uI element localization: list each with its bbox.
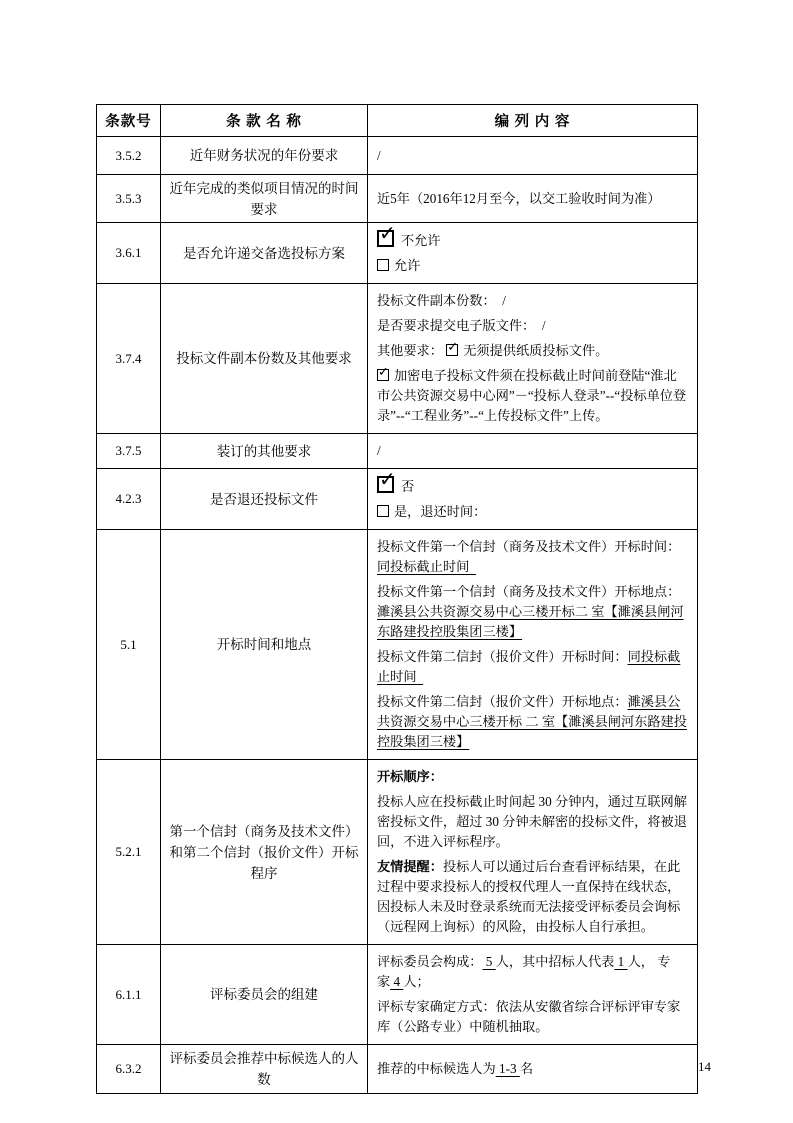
content-paragraph: 允许	[377, 256, 688, 276]
content-paragraph: 不允许	[377, 230, 688, 251]
table-row: 3.7.4投标文件副本份数及其他要求投标文件副本份数： /是否要求提交电子版文件…	[97, 284, 698, 434]
clause-number-cell: 3.7.5	[97, 434, 161, 469]
content-paragraph: 加密电子投标文件须在投标截止时间前登陆“淮北市公共资源交易中心网”－“投标人登录…	[377, 366, 688, 426]
content-text: 允许	[394, 258, 420, 273]
table-row: 5.2.1第一个信封（商务及技术文件）和第二个信封（报价文件）开标程序开标顺序：…	[97, 760, 698, 945]
content-paragraph: /	[377, 146, 688, 166]
content-paragraph: 投标文件第二信封（报价文件）开标时间：同投标截止时间	[377, 647, 688, 687]
underlined-value: 1	[614, 954, 627, 969]
content-text: 推荐的中标候选人为	[377, 1061, 496, 1076]
document-page: 条款号 条 款 名 称 编 列 内 容 3.5.2近年财务状况的年份要求/3.5…	[0, 0, 793, 1123]
clause-name-cell: 投标文件副本份数及其他要求	[161, 284, 368, 434]
checkbox-empty-icon	[377, 505, 389, 517]
clause-name-cell: 评标委员会推荐中标候选人的人数	[161, 1045, 368, 1094]
bold-label: 友情提醒：	[377, 859, 443, 874]
content-cell: /	[368, 137, 698, 175]
clause-name-cell: 近年财务状况的年份要求	[161, 137, 368, 175]
content-text: 无须提供纸质投标文件。	[463, 343, 608, 358]
clause-table: 条款号 条 款 名 称 编 列 内 容 3.5.2近年财务状况的年份要求/3.5…	[96, 104, 698, 1094]
underlined-value: 濉溪县公共资源交易中心三楼开标二 室【濉溪县闸河东路建投控股集团三楼】	[377, 604, 684, 639]
table-row: 4.2.3是否退还投标文件否是，退还时间：	[97, 469, 698, 530]
content-text: 不允许	[401, 233, 441, 248]
content-cell: 不允许允许	[368, 223, 698, 284]
content-text: 是否要求提交电子版文件： /	[377, 318, 546, 333]
table-row: 6.3.2评标委员会推荐中标候选人的人数推荐的中标候选人为 1-3 名	[97, 1045, 698, 1094]
content-paragraph: 投标文件副本份数： /	[377, 291, 688, 311]
header-clause-no: 条款号	[97, 105, 161, 137]
table-row: 3.5.3近年完成的类似项目情况的时间要求近5年（2016年12月至今，以交工验…	[97, 175, 698, 223]
header-content: 编 列 内 容	[368, 105, 698, 137]
content-text: 投标文件第二信封（报价文件）开标地点：	[377, 694, 628, 709]
clause-name-cell: 装订的其他要求	[161, 434, 368, 469]
content-paragraph: 投标文件第一个信封（商务及技术文件）开标时间：同投标截止时间	[377, 537, 688, 577]
content-text: 是，退还时间：	[394, 504, 486, 519]
content-text: 人；	[403, 974, 429, 989]
content-paragraph: 是，退还时间：	[377, 502, 688, 522]
underlined-value: 同投标截止时间	[377, 559, 476, 574]
content-cell: 推荐的中标候选人为 1-3 名	[368, 1045, 698, 1094]
underlined-value: 1-3	[496, 1061, 520, 1076]
content-text: /	[377, 148, 381, 163]
content-cell: 开标顺序：投标人应在投标截止时间起 30 分钟内，通过互联网解密投标文件，超过 …	[368, 760, 698, 945]
content-cell: 投标文件副本份数： /是否要求提交电子版文件： /其他要求： 无须提供纸质投标文…	[368, 284, 698, 434]
content-text: 其他要求：	[377, 343, 446, 358]
underlined-value: 4	[390, 974, 403, 989]
clause-name-cell: 是否退还投标文件	[161, 469, 368, 530]
content-paragraph: 其他要求： 无须提供纸质投标文件。	[377, 341, 688, 361]
checkbox-checked-icon	[377, 230, 394, 247]
content-paragraph: 评标专家确定方式：依法从安徽省综合评标评审专家库（公路专业）中随机抽取。	[377, 997, 688, 1037]
clause-number-cell: 5.1	[97, 530, 161, 760]
content-paragraph: 推荐的中标候选人为 1-3 名	[377, 1059, 688, 1079]
checkbox-empty-icon	[377, 259, 389, 271]
content-cell: /	[368, 434, 698, 469]
checkbox-checked-icon	[377, 476, 394, 493]
content-text: /	[377, 443, 381, 458]
content-cell: 否是，退还时间：	[368, 469, 698, 530]
content-text: 投标文件第二信封（报价文件）开标时间：	[377, 649, 628, 664]
checkbox-checked-icon	[377, 369, 389, 381]
clause-name-cell: 是否允许递交备选投标方案	[161, 223, 368, 284]
content-text: 人，其中招标人代表	[496, 954, 615, 969]
content-cell: 投标文件第一个信封（商务及技术文件）开标时间：同投标截止时间 投标文件第一个信封…	[368, 530, 698, 760]
clause-number-cell: 3.5.2	[97, 137, 161, 175]
content-paragraph: 开标顺序：	[377, 767, 688, 787]
clause-name-cell: 开标时间和地点	[161, 530, 368, 760]
content-text: 投标文件第一个信封（商务及技术文件）开标地点：	[377, 584, 680, 599]
content-paragraph: 是否要求提交电子版文件： /	[377, 316, 688, 336]
content-paragraph: 友情提醒：投标人可以通过后台查看评标结果，在此过程中要求投标人的授权代理人一直保…	[377, 857, 688, 937]
content-paragraph: 投标人应在投标截止时间起 30 分钟内，通过互联网解密投标文件，超过 30 分钟…	[377, 792, 688, 852]
table-header-row: 条款号 条 款 名 称 编 列 内 容	[97, 105, 698, 137]
content-text: 投标文件副本份数： /	[377, 293, 506, 308]
content-paragraph: 投标文件第一个信封（商务及技术文件）开标地点：濉溪县公共资源交易中心三楼开标二 …	[377, 582, 688, 642]
clause-number-cell: 4.2.3	[97, 469, 161, 530]
header-clause-name: 条 款 名 称	[161, 105, 368, 137]
table-row: 3.5.2近年财务状况的年份要求/	[97, 137, 698, 175]
content-text: 投标文件第一个信封（商务及技术文件）开标时间：	[377, 539, 680, 554]
table-row: 5.1开标时间和地点投标文件第一个信封（商务及技术文件）开标时间：同投标截止时间…	[97, 530, 698, 760]
table-row: 6.1.1评标委员会的组建评标委员会构成： 5 人，其中招标人代表 1 人， 专…	[97, 945, 698, 1045]
content-paragraph: 评标委员会构成： 5 人，其中招标人代表 1 人， 专家 4 人；	[377, 952, 688, 992]
content-text: 评标专家确定方式：依法从安徽省综合评标评审专家库（公路专业）中随机抽取。	[377, 999, 680, 1034]
content-cell: 近5年（2016年12月至今，以交工验收时间为准）	[368, 175, 698, 223]
clause-number-cell: 3.5.3	[97, 175, 161, 223]
clause-number-cell: 3.6.1	[97, 223, 161, 284]
checkbox-checked-icon	[446, 344, 458, 356]
content-text: 名	[520, 1061, 533, 1076]
content-paragraph: 投标文件第二信封（报价文件）开标地点：濉溪县公共资源交易中心三楼开标 二 室【濉…	[377, 692, 688, 752]
clause-number-cell: 6.3.2	[97, 1045, 161, 1094]
clause-name-cell: 第一个信封（商务及技术文件）和第二个信封（报价文件）开标程序	[161, 760, 368, 945]
content-text: 加密电子投标文件须在投标截止时间前登陆“淮北市公共资源交易中心网”－“投标人登录…	[377, 368, 686, 423]
page-number: 14	[698, 1059, 711, 1075]
clause-number-cell: 3.7.4	[97, 284, 161, 434]
content-paragraph: /	[377, 441, 688, 461]
content-paragraph: 近5年（2016年12月至今，以交工验收时间为准）	[377, 189, 688, 209]
content-text: 近5年（2016年12月至今，以交工验收时间为准）	[377, 191, 661, 206]
clause-name-cell: 评标委员会的组建	[161, 945, 368, 1045]
clause-number-cell: 6.1.1	[97, 945, 161, 1045]
content-cell: 评标委员会构成： 5 人，其中招标人代表 1 人， 专家 4 人；评标专家确定方…	[368, 945, 698, 1045]
content-text: 投标人应在投标截止时间起 30 分钟内，通过互联网解密投标文件，超过 30 分钟…	[377, 794, 687, 849]
content-text: 评标委员会构成：	[377, 954, 483, 969]
content-text: 否	[401, 479, 414, 494]
underlined-value: 5	[483, 954, 496, 969]
bold-label: 开标顺序：	[377, 769, 443, 784]
table-row: 3.7.5装订的其他要求/	[97, 434, 698, 469]
clause-name-cell: 近年完成的类似项目情况的时间要求	[161, 175, 368, 223]
content-paragraph: 否	[377, 476, 688, 497]
clause-number-cell: 5.2.1	[97, 760, 161, 945]
table-row: 3.6.1是否允许递交备选投标方案不允许允许	[97, 223, 698, 284]
